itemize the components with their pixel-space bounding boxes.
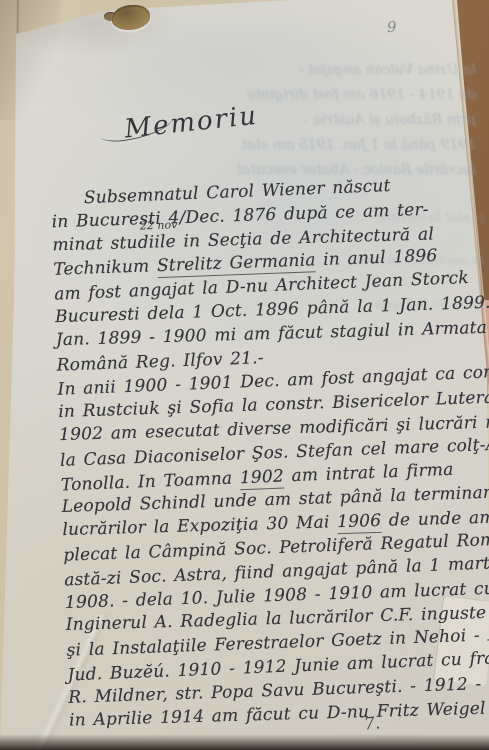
photo-frame: la Uzina Vulcan angajat -de 1914 - 1916 … xyxy=(0,0,489,750)
bottom-page-mark: 7. xyxy=(363,713,381,735)
page-number: 9 xyxy=(386,18,397,37)
manuscript-body: Memoriu 22 nov Subsemnatul Carol Wiener … xyxy=(0,168,489,745)
bleedthrough-line: la Uzina Vulcan angajat - xyxy=(208,58,476,83)
bleedthrough-line: 1919 până la 1 Jan. 1915 am stat xyxy=(208,133,476,158)
underlined-phrase: 1902 xyxy=(239,466,284,490)
bottom-shadow xyxy=(0,734,489,750)
corner-shadow xyxy=(0,0,60,120)
manuscript-line: Română Reg. Ilfov 21.- xyxy=(56,348,264,376)
underlined-phrase: 1906 xyxy=(337,511,382,534)
